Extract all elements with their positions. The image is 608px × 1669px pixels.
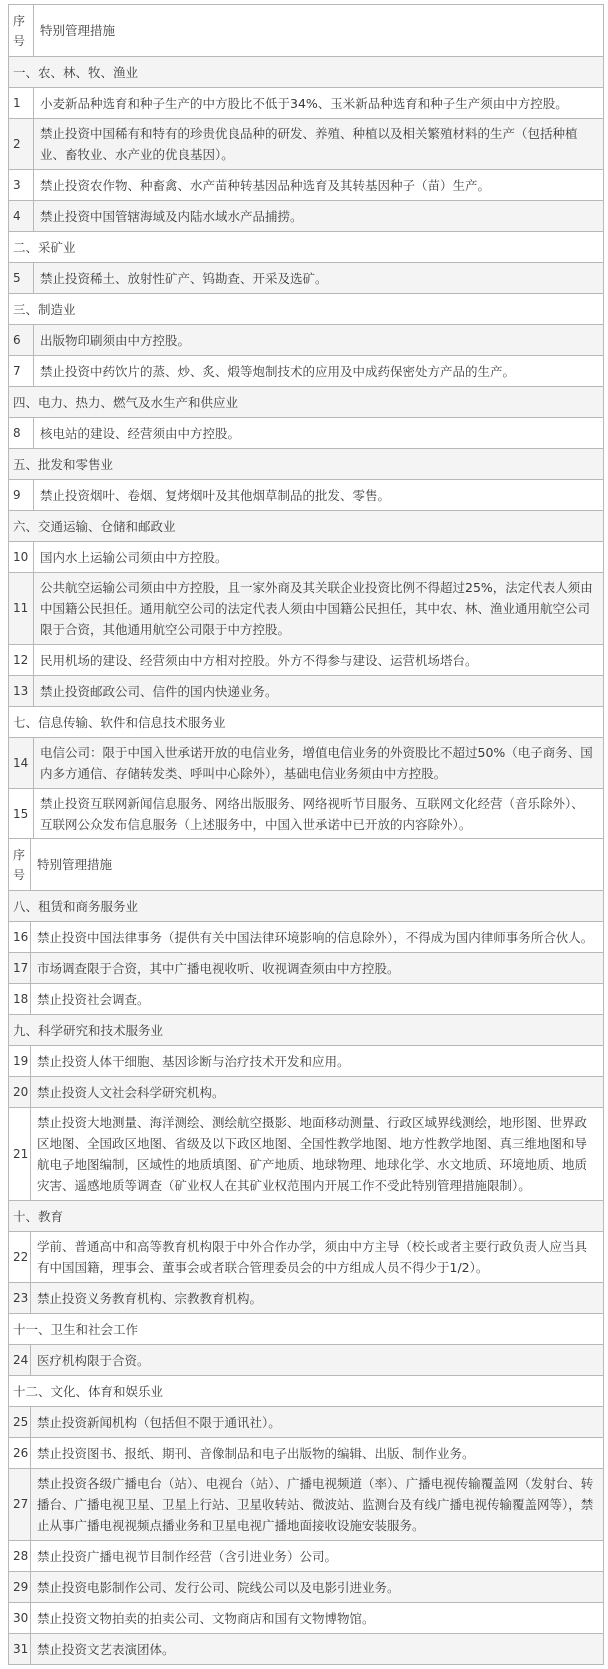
table-row: 28禁止投资广播电视节目制作经营（含引进业务）公司。 [9, 1541, 604, 1572]
special-measures-table-2: 序号 特别管理措施 八、租赁和商务服务业16禁止投资中国法律事务（提供有关中国法… [8, 838, 604, 1665]
row-serial-number: 22 [9, 1232, 31, 1283]
row-serial-number: 9 [9, 480, 34, 511]
section-title: 十、教育 [9, 1201, 604, 1232]
row-measure-text: 禁止投资稀土、放射性矿产、钨勘查、开采及选矿。 [34, 263, 604, 294]
row-serial-number: 15 [9, 789, 34, 840]
row-measure-text: 出版物印刷须由中方控股。 [34, 325, 604, 356]
table-row: 14电信公司：限于中国入世承诺开放的电信业务，增值电信业务的外资股比不超过50%… [9, 738, 604, 789]
row-serial-number: 8 [9, 418, 34, 449]
table-row: 6出版物印刷须由中方控股。 [9, 325, 604, 356]
row-measure-text: 禁止投资中国稀有和特有的珍贵优良品种的研发、养殖、种植以及相关繁殖材料的生产（包… [34, 119, 604, 170]
section-row: 二、采矿业 [9, 232, 604, 263]
row-measure-text: 市场调查限于合资，其中广播电视收听、收视调查须由中方控股。 [31, 953, 604, 984]
row-measure-text: 禁止投资互联网新闻信息服务、网络出版服务、网络视听节目服务、互联网文化经营（音乐… [34, 789, 604, 840]
table-row: 9禁止投资烟叶、卷烟、复烤烟叶及其他烟草制品的批发、零售。 [9, 480, 604, 511]
section-title: 十二、文化、体育和娱乐业 [9, 1376, 604, 1407]
table-row: 31禁止投资文艺表演团体。 [9, 1634, 604, 1665]
table-row: 12民用机场的建设、经营须由中方相对控股。外方不得参与建设、运营机场塔台。 [9, 645, 604, 676]
table-row: 21禁止投资大地测量、海洋测绘、测绘航空摄影、地面移动测量、行政区域界线测绘，地… [9, 1108, 604, 1201]
row-measure-text: 禁止投资图书、报纸、期刊、音像制品和电子出版物的编辑、出版、制作业务。 [31, 1438, 604, 1469]
row-measure-text: 电信公司：限于中国入世承诺开放的电信业务，增值电信业务的外资股比不超过50%（电… [34, 738, 604, 789]
row-serial-number: 26 [9, 1438, 31, 1469]
row-measure-text: 民用机场的建设、经营须由中方相对控股。外方不得参与建设、运营机场塔台。 [34, 645, 604, 676]
section-row: 十、教育 [9, 1201, 604, 1232]
row-measure-text: 禁止投资社会调查。 [31, 984, 604, 1015]
section-row: 三、制造业 [9, 294, 604, 325]
table-row: 18禁止投资社会调查。 [9, 984, 604, 1015]
row-serial-number: 30 [9, 1603, 31, 1634]
section-title: 六、交通运输、仓储和邮政业 [9, 511, 604, 542]
row-serial-number: 4 [9, 201, 34, 232]
section-row: 七、信息传输、软件和信息技术服务业 [9, 707, 604, 738]
row-measure-text: 禁止投资烟叶、卷烟、复烤烟叶及其他烟草制品的批发、零售。 [34, 480, 604, 511]
row-serial-number: 24 [9, 1345, 31, 1376]
table-row: 29禁止投资电影制作公司、发行公司、院线公司以及电影引进业务。 [9, 1572, 604, 1603]
header-special-measures: 特别管理措施 [34, 5, 604, 57]
row-serial-number: 20 [9, 1077, 31, 1108]
row-measure-text: 禁止投资人体干细胞、基因诊断与治疗技术开发和应用。 [31, 1046, 604, 1077]
section-title: 四、电力、热力、燃气及水生产和供应业 [9, 387, 604, 418]
row-measure-text: 禁止投资电影制作公司、发行公司、院线公司以及电影引进业务。 [31, 1572, 604, 1603]
section-title: 一、农、林、牧、渔业 [9, 57, 604, 88]
row-measure-text: 禁止投资中国法律事务（提供有关中国法律环境影响的信息除外），不得成为国内律师事务… [31, 922, 604, 953]
header-serial-number: 序号 [9, 5, 34, 57]
section-title: 七、信息传输、软件和信息技术服务业 [9, 707, 604, 738]
row-serial-number: 21 [9, 1108, 31, 1201]
header-serial-number: 序号 [9, 839, 31, 891]
section-title: 五、批发和零售业 [9, 449, 604, 480]
section-row: 九、科学研究和技术服务业 [9, 1015, 604, 1046]
table-body: 序号 特别管理措施 一、农、林、牧、渔业1小麦新品种选育和种子生产的中方股比不低… [9, 5, 604, 840]
table-row: 4禁止投资中国管辖海域及内陆水域水产品捕捞。 [9, 201, 604, 232]
table-row: 8核电站的建设、经营须由中方控股。 [9, 418, 604, 449]
table-row: 15禁止投资互联网新闻信息服务、网络出版服务、网络视听节目服务、互联网文化经营（… [9, 789, 604, 840]
section-row: 四、电力、热力、燃气及水生产和供应业 [9, 387, 604, 418]
section-row: 一、农、林、牧、渔业 [9, 57, 604, 88]
row-measure-text: 小麦新品种选育和种子生产的中方股比不低于34%、玉米新品种选育和种子生产须由中方… [34, 88, 604, 119]
table-row: 17市场调查限于合资，其中广播电视收听、收视调查须由中方控股。 [9, 953, 604, 984]
row-serial-number: 14 [9, 738, 34, 789]
row-serial-number: 25 [9, 1407, 31, 1438]
row-measure-text: 禁止投资新闻机构（包括但不限于通讯社）。 [31, 1407, 604, 1438]
row-measure-text: 学前、普通高中和高等教育机构限于中外合作办学，须由中方主导（校长或者主要行政负责… [31, 1232, 604, 1283]
table-row: 25禁止投资新闻机构（包括但不限于通讯社）。 [9, 1407, 604, 1438]
table-row: 22学前、普通高中和高等教育机构限于中外合作办学，须由中方主导（校长或者主要行政… [9, 1232, 604, 1283]
row-serial-number: 12 [9, 645, 34, 676]
table-body: 序号 特别管理措施 八、租赁和商务服务业16禁止投资中国法律事务（提供有关中国法… [9, 839, 604, 1665]
row-measure-text: 禁止投资农作物、种畜禽、水产苗种转基因品种选育及其转基因种子（苗）生产。 [34, 170, 604, 201]
row-measure-text: 医疗机构限于合资。 [31, 1345, 604, 1376]
row-serial-number: 10 [9, 542, 34, 573]
row-measure-text: 禁止投资义务教育机构、宗教教育机构。 [31, 1283, 604, 1314]
table-row: 19禁止投资人体干细胞、基因诊断与治疗技术开发和应用。 [9, 1046, 604, 1077]
table-row: 26禁止投资图书、报纸、期刊、音像制品和电子出版物的编辑、出版、制作业务。 [9, 1438, 604, 1469]
row-measure-text: 禁止投资文艺表演团体。 [31, 1634, 604, 1665]
table-row: 24医疗机构限于合资。 [9, 1345, 604, 1376]
row-measure-text: 公共航空运输公司须由中方控股，且一家外商及其关联企业投资比例不得超过25%，法定… [34, 573, 604, 645]
row-serial-number: 13 [9, 676, 34, 707]
row-serial-number: 16 [9, 922, 31, 953]
section-row: 六、交通运输、仓储和邮政业 [9, 511, 604, 542]
row-serial-number: 5 [9, 263, 34, 294]
row-measure-text: 禁止投资文物拍卖的拍卖公司、文物商店和国有文物博物馆。 [31, 1603, 604, 1634]
row-measure-text: 国内水上运输公司须由中方控股。 [34, 542, 604, 573]
row-serial-number: 2 [9, 119, 34, 170]
table-row: 23禁止投资义务教育机构、宗教教育机构。 [9, 1283, 604, 1314]
row-measure-text: 核电站的建设、经营须由中方控股。 [34, 418, 604, 449]
section-title: 九、科学研究和技术服务业 [9, 1015, 604, 1046]
row-measure-text: 禁止投资邮政公司、信件的国内快递业务。 [34, 676, 604, 707]
table-row: 7禁止投资中药饮片的蒸、炒、炙、煅等炮制技术的应用及中成药保密处方产品的生产。 [9, 356, 604, 387]
table-row: 11公共航空运输公司须由中方控股，且一家外商及其关联企业投资比例不得超过25%，… [9, 573, 604, 645]
row-serial-number: 11 [9, 573, 34, 645]
row-serial-number: 3 [9, 170, 34, 201]
row-measure-text: 禁止投资广播电视节目制作经营（含引进业务）公司。 [31, 1541, 604, 1572]
row-serial-number: 19 [9, 1046, 31, 1077]
table-row: 5禁止投资稀土、放射性矿产、钨勘查、开采及选矿。 [9, 263, 604, 294]
section-row: 八、租赁和商务服务业 [9, 891, 604, 922]
row-serial-number: 1 [9, 88, 34, 119]
row-measure-text: 禁止投资大地测量、海洋测绘、测绘航空摄影、地面移动测量、行政区域界线测绘，地形图… [31, 1108, 604, 1201]
row-serial-number: 29 [9, 1572, 31, 1603]
section-row: 十一、卫生和社会工作 [9, 1314, 604, 1345]
table-row: 13禁止投资邮政公司、信件的国内快递业务。 [9, 676, 604, 707]
table-row: 16禁止投资中国法律事务（提供有关中国法律环境影响的信息除外），不得成为国内律师… [9, 922, 604, 953]
row-measure-text: 禁止投资人文社会科学研究机构。 [31, 1077, 604, 1108]
table-header-row: 序号 特别管理措施 [9, 839, 604, 891]
row-measure-text: 禁止投资各级广播电台（站）、电视台（站）、广播电视频道（率）、广播电视传输覆盖网… [31, 1469, 604, 1541]
section-title: 八、租赁和商务服务业 [9, 891, 604, 922]
row-measure-text: 禁止投资中药饮片的蒸、炒、炙、煅等炮制技术的应用及中成药保密处方产品的生产。 [34, 356, 604, 387]
row-serial-number: 23 [9, 1283, 31, 1314]
section-title: 三、制造业 [9, 294, 604, 325]
special-measures-table-1: 序号 特别管理措施 一、农、林、牧、渔业1小麦新品种选育和种子生产的中方股比不低… [8, 4, 604, 840]
row-serial-number: 28 [9, 1541, 31, 1572]
table-row: 1小麦新品种选育和种子生产的中方股比不低于34%、玉米新品种选育和种子生产须由中… [9, 88, 604, 119]
row-serial-number: 17 [9, 953, 31, 984]
table-row: 30禁止投资文物拍卖的拍卖公司、文物商店和国有文物博物馆。 [9, 1603, 604, 1634]
row-measure-text: 禁止投资中国管辖海域及内陆水域水产品捕捞。 [34, 201, 604, 232]
row-serial-number: 31 [9, 1634, 31, 1665]
table-row: 10国内水上运输公司须由中方控股。 [9, 542, 604, 573]
section-title: 十一、卫生和社会工作 [9, 1314, 604, 1345]
row-serial-number: 7 [9, 356, 34, 387]
table-row: 3禁止投资农作物、种畜禽、水产苗种转基因品种选育及其转基因种子（苗）生产。 [9, 170, 604, 201]
table-header-row: 序号 特别管理措施 [9, 5, 604, 57]
table-row: 2禁止投资中国稀有和特有的珍贵优良品种的研发、养殖、种植以及相关繁殖材料的生产（… [9, 119, 604, 170]
row-serial-number: 27 [9, 1469, 31, 1541]
section-title: 二、采矿业 [9, 232, 604, 263]
row-serial-number: 6 [9, 325, 34, 356]
header-special-measures: 特别管理措施 [31, 839, 604, 891]
table-row: 20禁止投资人文社会科学研究机构。 [9, 1077, 604, 1108]
row-serial-number: 18 [9, 984, 31, 1015]
section-row: 五、批发和零售业 [9, 449, 604, 480]
section-row: 十二、文化、体育和娱乐业 [9, 1376, 604, 1407]
table-row: 27禁止投资各级广播电台（站）、电视台（站）、广播电视频道（率）、广播电视传输覆… [9, 1469, 604, 1541]
